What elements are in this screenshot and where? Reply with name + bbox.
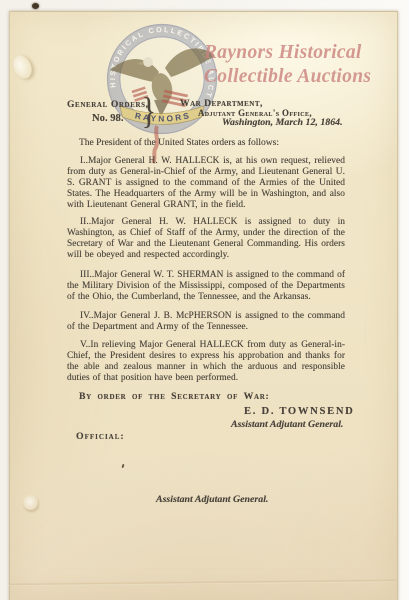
order-paragraph-2: II..Major General H. W. HALLECK is assig…	[67, 217, 345, 261]
official-label: Official:	[76, 431, 125, 442]
watermark-line2: Collectible Auctions	[204, 65, 371, 89]
document-photo: HISTORICAL COLLECTIBLE AUCTIONS	[0, 0, 409, 600]
header-brace: }	[142, 93, 156, 130]
watermark-text: Raynors Historical Collectible Auctions	[204, 41, 371, 88]
order-paragraph-4: IV..Major General J. B. McPHERSON is ass…	[67, 311, 345, 333]
signature-title: Assistant Adjutant General.	[231, 419, 343, 430]
paper-crease-bottom-left	[23, 495, 38, 510]
header-order-number: No. 98.	[92, 113, 124, 124]
header-general-orders: General Orders,	[67, 99, 149, 110]
order-paragraph-5: V..In relieving Major General HALLECK fr…	[67, 340, 345, 384]
order-paragraph-3: III..Major General W. T. SHERMAN is assi…	[67, 270, 345, 303]
order-paragraph-1: I..Major General H. W. HALLECK is, at hi…	[67, 156, 345, 211]
by-order-line: By order of the Secretary of War:	[79, 391, 269, 402]
header-dateline: Washington, March 12, 1864.	[222, 117, 343, 128]
bottom-countersign-title: Assistant Adjutant General.	[156, 494, 268, 505]
punch-hole	[32, 3, 39, 9]
watermark-line1: Raynors Historical	[204, 41, 371, 65]
order-intro-line: The President of the United States order…	[79, 138, 279, 148]
signature-name: E. D. TOWNSEND	[244, 406, 355, 417]
